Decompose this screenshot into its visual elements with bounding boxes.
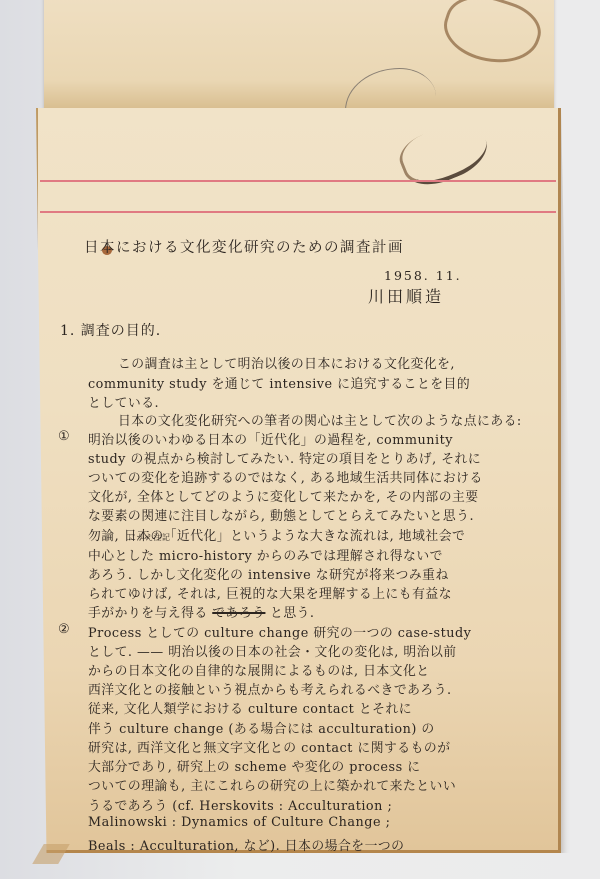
point-1-line: あろう. しかし文化変化の intensive な研究が将来つみ重ね: [88, 564, 449, 583]
point-1-line: な要素の関連に注目しながら, 動態としてとらえてみたいと思う.: [88, 505, 474, 524]
point-2-line: 大部分であり, 研究上の scheme や変化の process に: [88, 756, 421, 775]
interlinear-note: にかえ注記: [128, 532, 171, 543]
point-2-line: Beals : Acculturation, など). 日本の場合を一つの: [88, 835, 404, 854]
point-1-line: 明治以後のいわゆる日本の「近代化」の過程を, community: [88, 429, 453, 448]
point-2-line: Process としての culture change 研究の一つの case-…: [88, 622, 471, 641]
intro-line: としている.: [88, 392, 159, 411]
document-title: 日本における文化変化研究のための調査計画: [84, 236, 404, 257]
point-1-line: 中心とした micro-history からのみでは理解され得ないで: [88, 545, 443, 564]
point-1-marker: ①: [58, 429, 70, 444]
point-2-line: 研究は, 西洋文化と無文字文化との contact に関するものが: [88, 737, 451, 756]
line-end: と思う.: [270, 606, 314, 621]
point-2-line: Malinowski : Dynamics of Culture Change …: [88, 815, 390, 830]
point-2-line: ついての理論も, 主にこれらの研究の上に築かれて来たといい: [88, 775, 456, 794]
red-margin-line-bottom: [40, 211, 556, 213]
point-2-line: 西洋文化との接触という視点からも考えられるべきであろう.: [88, 679, 452, 698]
point-1-line: study の視点から検討してみたい. 特定の項目をとりあげ, それに: [88, 448, 481, 467]
point-1-line: 文化が, 全体としてどのように変化して来たかを, その内部の主要: [88, 486, 479, 505]
point-1-line: られてゆけば, それは, 巨視的な大果を理解する上にも有益な: [88, 583, 452, 602]
stain-mark: [436, 0, 547, 75]
point-1-line: ついての変化を追跡するのではなく, ある地域生活共同体における: [88, 467, 483, 486]
folded-corner: [32, 844, 70, 864]
document-author: 川田順造: [368, 284, 444, 307]
section-heading: 1. 調査の目的.: [60, 320, 161, 340]
point-2-line: 従来, 文化人類学における culture contact とそれに: [88, 698, 412, 717]
line-text: 手がかりを与え得る: [88, 606, 208, 621]
point-2-line: として. —— 明治以後の日本の社会・文化の変化は, 明治以前: [88, 641, 457, 660]
point-2-line: からの日本文化の自律的な展開によるものは, 日本文化と: [88, 660, 430, 679]
point-2-line: うるであろう (cf. Herskovits : Acculturation ;: [88, 795, 392, 814]
back-page-flap: [44, 0, 554, 110]
intro-line: この調査は主として明治以後の日本における文化変化を,: [118, 353, 455, 372]
struck-text: であろう: [212, 606, 265, 621]
lead-line: 日本の文化変化研究への筆者の関心は主として次のような点にある:: [118, 410, 522, 429]
point-1-line: 手がかりを与え得る であろう と思う.: [88, 602, 314, 621]
intro-line: community study を通じて intensive に追究することを目…: [88, 373, 470, 392]
point-2-marker: ②: [58, 622, 70, 637]
red-margin-line-top: [40, 180, 556, 182]
document-date: 1958. 11.: [384, 268, 462, 283]
point-2-line: 伴う culture change (ある場合には acculturation)…: [88, 718, 435, 737]
stain-mark: [393, 113, 494, 194]
manuscript-page: 日本における文化変化研究のための調査計画 1958. 11. 川田順造 1. 調…: [36, 108, 561, 853]
